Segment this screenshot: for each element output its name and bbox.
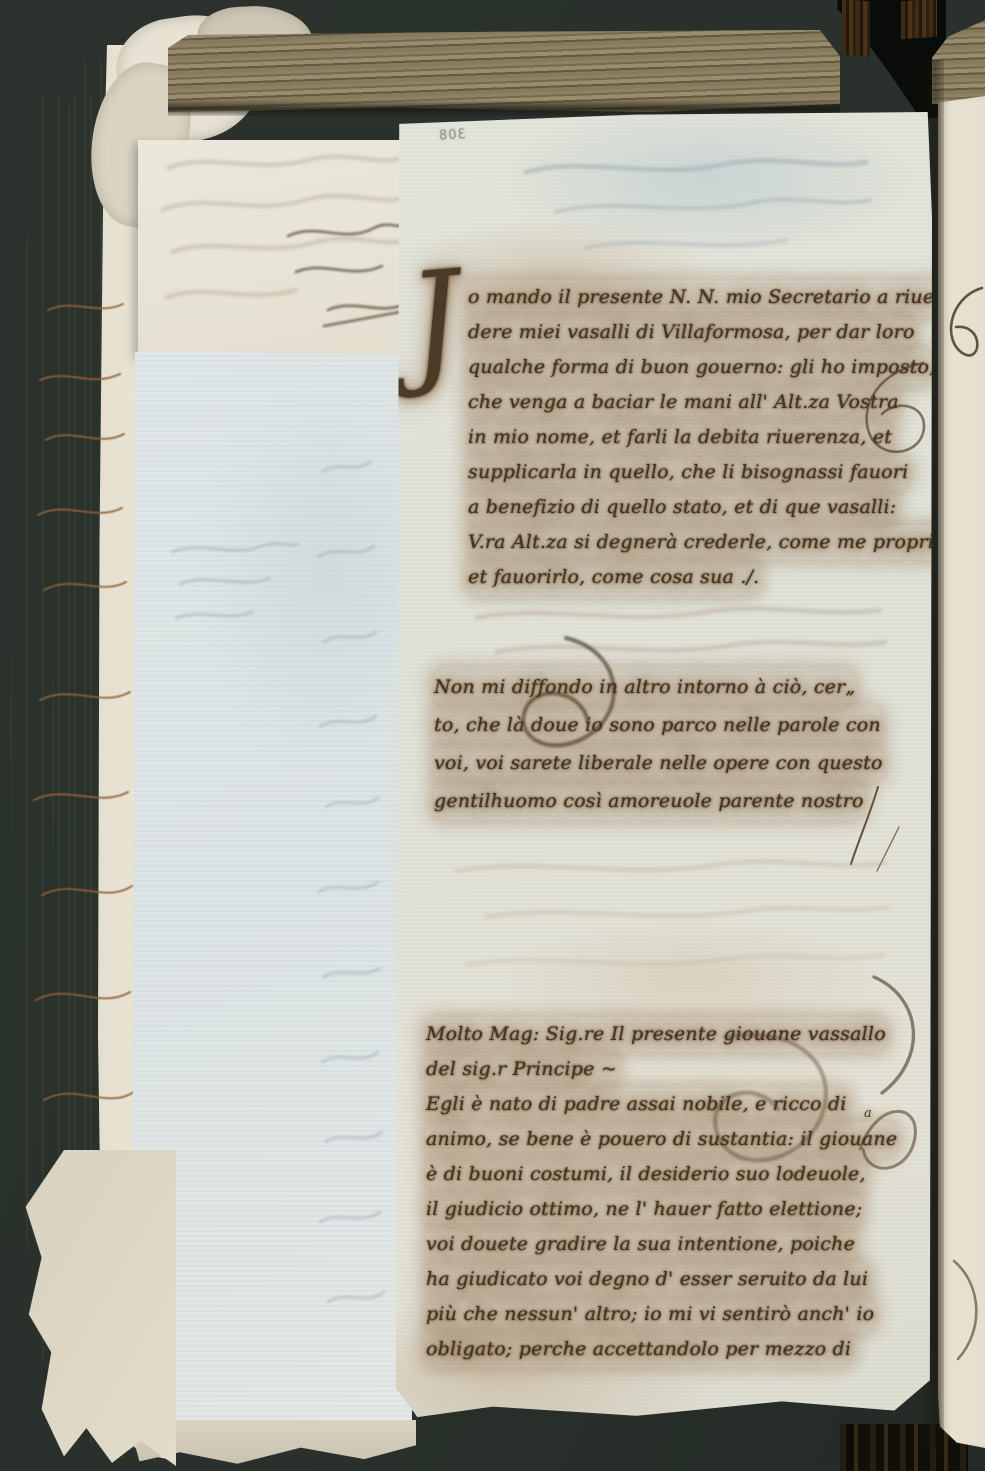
manuscript-line: del sig.r Principe ~ [426,1052,617,1087]
manuscript-line: dere miei vasalli di Villaformosa, per d… [468,315,915,350]
manuscript-line: o mando il presente N. N. mio Secretario… [468,280,944,315]
wood-stand-bar [842,0,870,57]
calligraphic-flourish [940,280,985,400]
letter-block-3: Molto Mag: Sig.re Il presente giouane va… [426,1017,897,1367]
manuscript-line: più che nessun' altro; io mi vi sentirò … [426,1297,874,1332]
superscript-correction: a [864,1106,872,1121]
manuscript-line: è di buoni costumi, il desiderio suo lod… [426,1157,866,1192]
manuscript-line: to, che là doue io sono parco nelle paro… [434,706,881,744]
manuscript-line: et fauorirlo, come cosa sua ./. [468,560,759,595]
manuscript-line: a benefizio di quello stato, et di que v… [468,490,896,525]
manuscript-line: Non mi diffondo in altro intorno à ciò, … [434,668,855,706]
manuscript-line: in mio nome, et farli la debita riuerenz… [468,420,892,455]
manuscript-line: voi douete gradire la sua intentione, po… [426,1227,855,1262]
manuscript-line: supplicarla in quello, che li bisognassi… [468,455,908,490]
manuscript-line: ha giudicato voi degno d' esser seruito … [426,1262,868,1297]
manuscript-line: il giudicio ottimo, ne l' hauer fatto el… [426,1192,862,1227]
calligraphic-flourish [944,1255,985,1365]
manuscript-line: obligato; perche accettandolo per mezzo … [426,1332,851,1367]
calligraphic-flourish [851,357,931,472]
ink-bleed-ghost [466,142,886,272]
wood-stand-bar [901,0,937,39]
letter-block-2: Non mi diffondo in altro intorno à ciò, … [434,668,883,820]
initial-capital: J [404,253,465,391]
ink-fragment [28,290,138,630]
left-page-edges [16,1150,176,1466]
manuscript-line: V.ra Alt.za si degnerà crederle, come me… [468,525,946,560]
inset-bleedthrough-page [138,140,412,358]
manuscript-line: animo, se bene è pouero di sustantia: il… [426,1122,897,1157]
manuscript-line: gentilhuomo così amoreuole parente nostr… [434,782,864,820]
manuscript-line: voi, voi sarete liberale nelle opere con… [434,744,883,782]
manuscript-line: che venga a baciar le mani all' Alt.za V… [468,385,899,420]
page-number: 308 [438,127,467,143]
main-page: 308 J o mando il presente N. N. mio Secr… [396,112,932,1425]
ink-bleed-ghost [426,847,896,997]
archive-photo: 308 J o mando il presente N. N. mio Secr… [0,0,985,1471]
manuscript-line: Egli è nato di padre assai nobile, e ric… [426,1087,847,1122]
page-edge-shadow [168,100,840,116]
ink-bleed-ghost [138,140,412,358]
manuscript-line: Molto Mag: Sig.re Il presente giouane va… [426,1017,886,1052]
